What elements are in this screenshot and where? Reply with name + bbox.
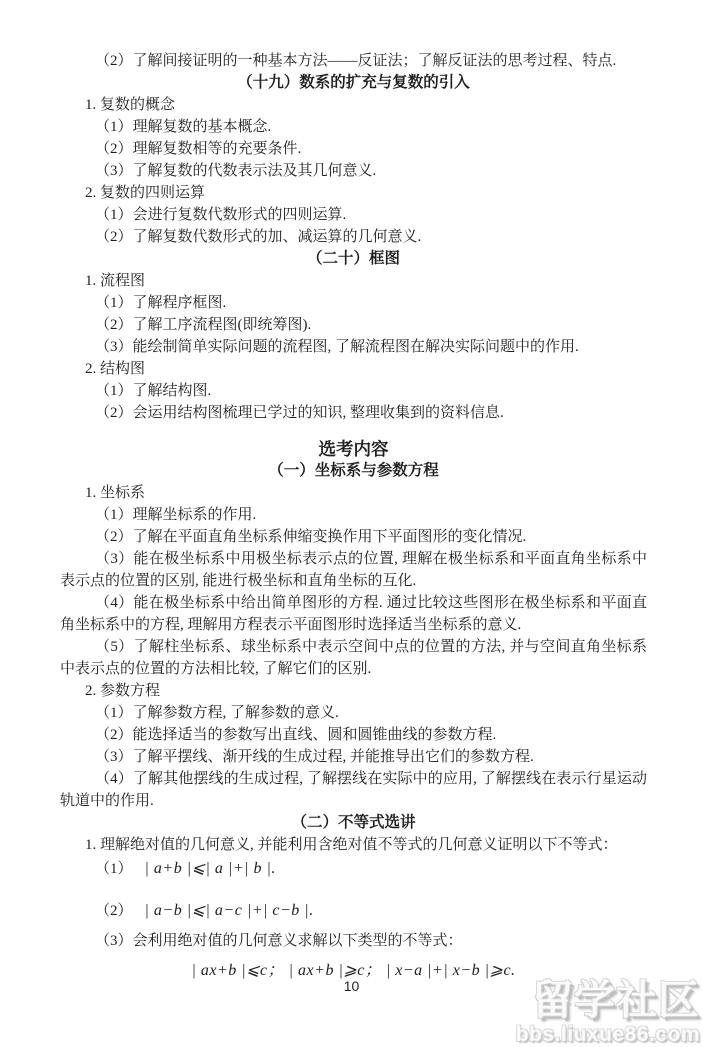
numbered-item: 1. 理解绝对值的几何意义, 并能利用含绝对值不等式的几何意义证明以下不等式： [60,834,647,856]
math-formula: | ax+b |⩽c； | ax+b |⩾c； | x−a |+| x−b |⩾… [191,962,515,979]
list-item: （1）了解程序框图. [60,292,647,314]
list-item: （3）了解复数的代数表示法及其几何意义. [60,160,647,182]
numbered-item: 1. 复数的概念 [60,94,647,116]
formula-label: （2） [95,903,133,919]
list-item: （3）能绘制简单实际问题的流程图, 了解流程图在解决实际问题中的作用. [60,336,647,358]
paragraph: （5）了解柱坐标系、球坐标系中表示空间中点的位置的方法, 并与空间直角坐标系中表… [60,636,647,680]
document-page: （2）了解间接证明的一种基本方法——反证法；了解反证法的思考过程、特点. （十九… [0,0,703,1047]
list-item: （1）理解复数的基本概念. [60,116,647,138]
numbered-item: 1. 流程图 [60,270,647,292]
numbered-item: 2. 参数方程 [60,680,647,702]
section-heading: （一）坐标系与参数方程 [60,460,647,482]
paragraph: （4）能在极坐标系中给出简单图形的方程. 通过比较这些图形在极坐标系和平面直角坐… [60,592,647,636]
section-heading: （十九）数系的扩充与复数的引入 [60,72,647,94]
math-formula: | a−b |⩽| a−c |+| c−b |. [145,902,314,919]
list-item: （2）能选择适当的参数写出直线、圆和圆锥曲线的参数方程. [60,724,647,746]
numbered-item: 1. 坐标系 [60,482,647,504]
list-item: （3）了解平摆线、渐开线的生成过程, 并能推导出它们的参数方程. [60,746,647,768]
watermark-url-text: bbs.liuxue86.com [516,1024,700,1045]
list-item: （1）理解坐标系的作用. [60,504,647,526]
paragraph: （3）能在极坐标系中用极坐标表示点的位置, 理解在极坐标系和平面直角坐标系中表示… [60,548,647,592]
page-number: 10 [0,978,703,994]
math-formula: | a+b |⩽| a |+| b |. [145,860,276,877]
list-item: （2）了解复数代数形式的加、减运算的几何意义. [60,226,647,248]
list-item: （3）会利用绝对值的几何意义求解以下类型的不等式： [60,930,647,952]
numbered-item: 2. 结构图 [60,358,647,380]
list-item: （2）了解在平面直角坐标系伸缩变换作用下平面图形的变化情况. [60,526,647,548]
list-item: （1）会进行复数代数形式的四则运算. [60,204,647,226]
section-heading: （二）不等式选讲 [60,812,647,834]
formula-label: （1） [95,861,133,877]
list-item: （2）理解复数相等的充要条件. [60,138,647,160]
part-heading: 选考内容 [60,438,647,460]
formula-item: （1）| a+b |⩽| a |+| b |. [60,858,647,880]
list-item: （1）了解结构图. [60,380,647,402]
list-item: （2）了解间接证明的一种基本方法——反证法；了解反证法的思考过程、特点. [60,50,647,72]
list-item: （2）了解工序流程图(即统筹图). [60,314,647,336]
formula-item: （2）| a−b |⩽| a−c |+| c−b |. [60,900,647,922]
document-content: （2）了解间接证明的一种基本方法——反证法；了解反证法的思考过程、特点. （十九… [60,50,647,982]
list-item: （1）了解参数方程, 了解参数的意义. [60,702,647,724]
section-heading: （二十）框图 [60,248,647,270]
paragraph: （4）了解其他摆线的生成过程, 了解摆线在实际中的应用, 了解摆线在表示行星运动… [60,768,647,812]
numbered-item: 2. 复数的四则运算 [60,182,647,204]
list-item: （2）会运用结构图梳理已学过的知识, 整理收集到的资料信息. [60,402,647,424]
